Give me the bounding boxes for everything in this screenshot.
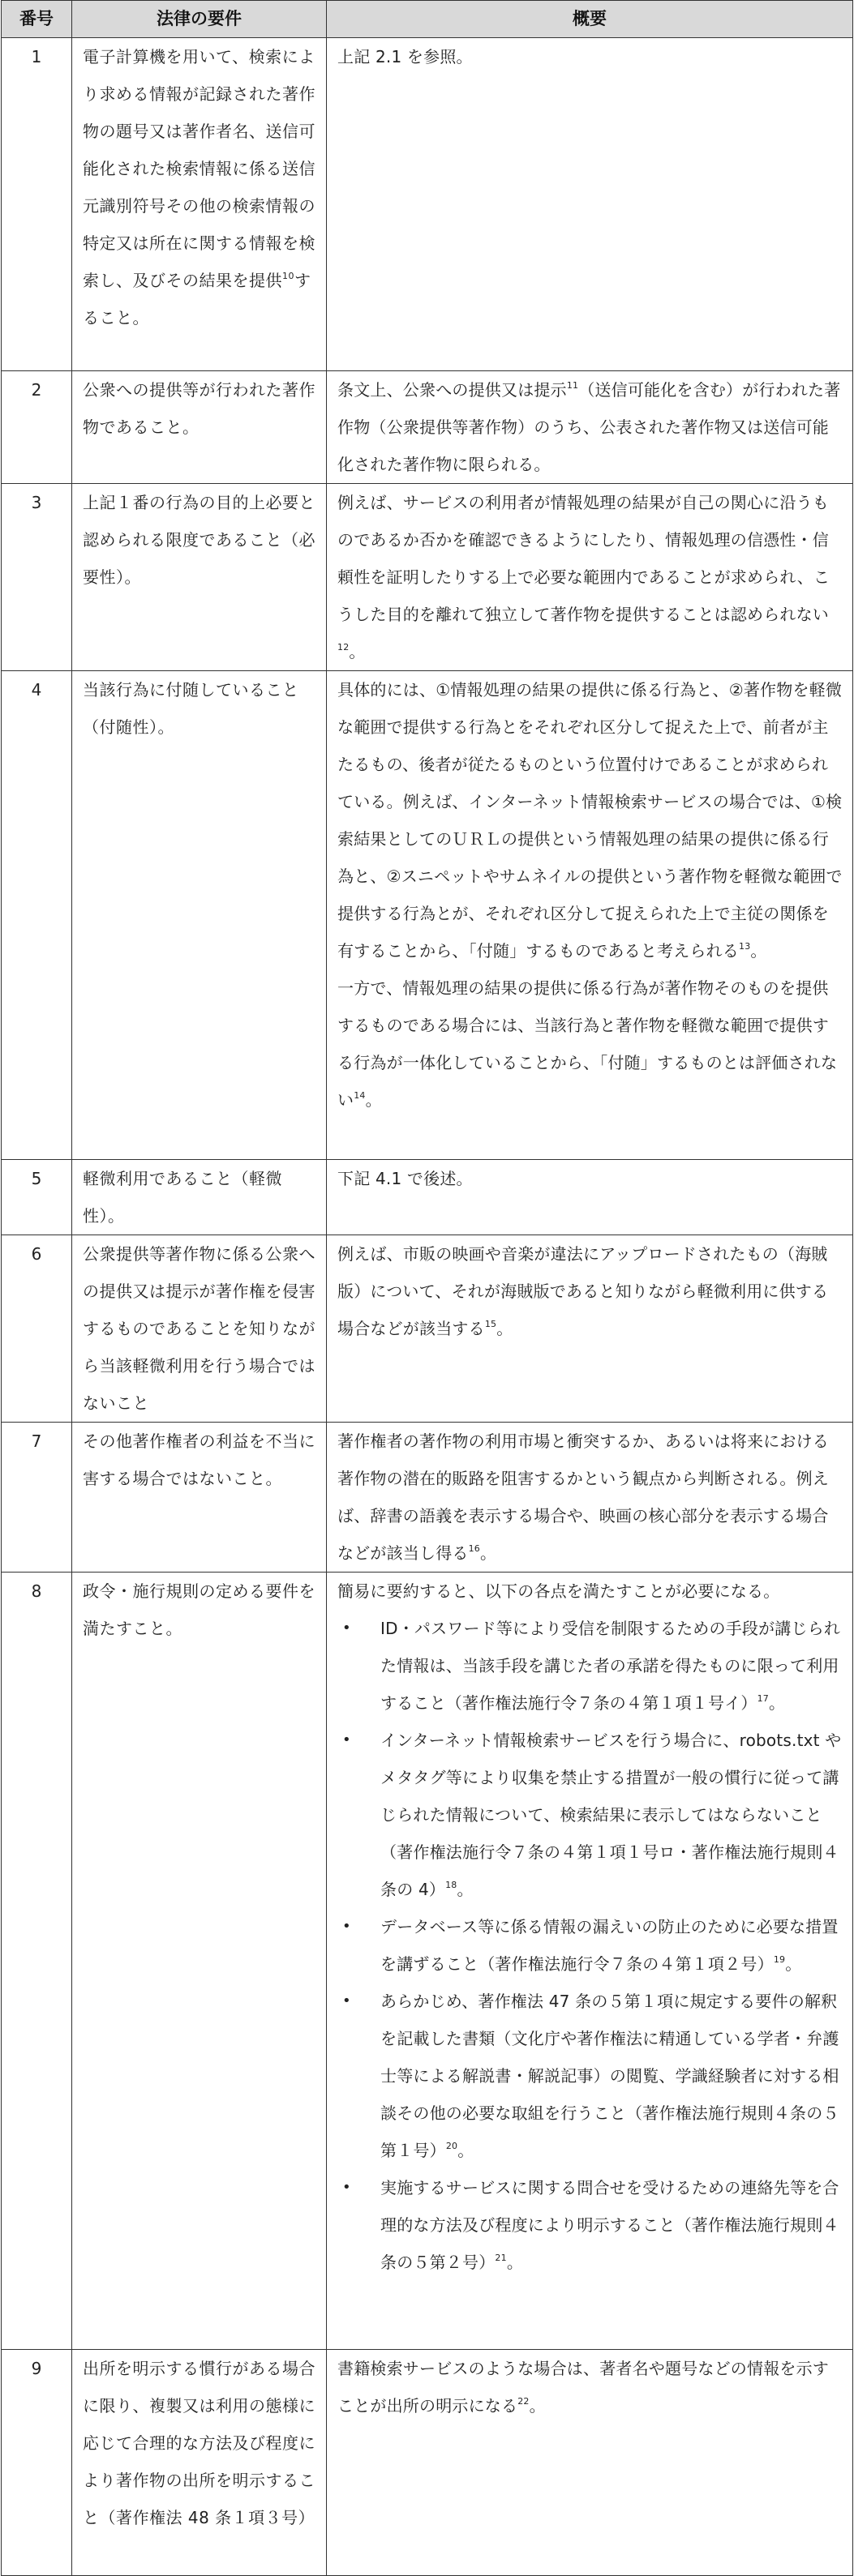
- row-number: 9: [2, 2350, 72, 2576]
- table-row: 6 公衆提供等著作物に係る公衆への提供又は提示が著作権を侵害するものであることを…: [2, 1235, 853, 1423]
- row-number: 1: [2, 38, 72, 371]
- row-number: 8: [2, 1573, 72, 2350]
- table-header: 番号 法律の要件 概要: [2, 1, 853, 38]
- table-row: 8 政令・施行規則の定める要件を満たすこと。 簡易に要約すると、以下の各点を満た…: [2, 1573, 853, 2350]
- requirements-table: 番号 法律の要件 概要 1 電子計算機を用いて、検索により求める情報が記録された…: [1, 0, 853, 2576]
- list-item: •インターネット情報検索サービスを行う場合に、robots.txt やメタタグ等…: [337, 1722, 844, 1908]
- footnote-ref[interactable]: 13: [739, 941, 750, 952]
- row-number: 3: [2, 484, 72, 671]
- footnote-ref[interactable]: 14: [354, 1090, 365, 1101]
- row-number: 6: [2, 1235, 72, 1423]
- row-requirement: 軽微利用であること（軽微性）。: [72, 1160, 327, 1235]
- row-number: 7: [2, 1423, 72, 1573]
- bullet-icon: •: [342, 1722, 351, 1759]
- table-row: 3 上記１番の行為の目的上必要と認められる限度であること（必要性）。 例えば、サ…: [2, 484, 853, 671]
- list-item: •あらかじめ、著作権法 47 条の５第１項に規定する要件の解釈を記載した書類（文…: [337, 1983, 844, 2169]
- row-summary: 条文上、公衆への提供又は提示11（送信可能化を含む）が行われた著作物（公衆提供等…: [327, 371, 853, 484]
- footnote-ref[interactable]: 21: [495, 2253, 506, 2263]
- row-summary: 下記 4.1 で後述。: [327, 1160, 853, 1235]
- footnote-ref[interactable]: 15: [485, 1319, 496, 1329]
- bullet-icon: •: [342, 2169, 351, 2206]
- footnote-ref[interactable]: 22: [517, 2396, 529, 2407]
- row-requirement: 政令・施行規則の定める要件を満たすこと。: [72, 1573, 327, 2350]
- row-summary: 簡易に要約すると、以下の各点を満たすことが必要になる。 •ID・パスワード等によ…: [327, 1573, 853, 2350]
- row-requirement: 上記１番の行為の目的上必要と認められる限度であること（必要性）。: [72, 484, 327, 671]
- list-item: •データベース等に係る情報の漏えいの防止のために必要な措置を講ずること（著作権法…: [337, 1908, 844, 1983]
- footnote-ref[interactable]: 19: [774, 1954, 785, 1965]
- row-summary: 例えば、サービスの利用者が情報処理の結果が自己の関心に沿うものであるか否かを確認…: [327, 484, 853, 671]
- list-item: •実施するサービスに関する問合せを受けるための連絡先等を合理的な方法及び程度によ…: [337, 2169, 844, 2281]
- row-number: 5: [2, 1160, 72, 1235]
- footnote-ref[interactable]: 11: [567, 380, 578, 391]
- table-row: 5 軽微利用であること（軽微性）。 下記 4.1 で後述。: [2, 1160, 853, 1235]
- row-number: 4: [2, 671, 72, 1160]
- row-summary: 例えば、市販の映画や音楽が違法にアップロードされたもの（海賊版）について、それが…: [327, 1235, 853, 1423]
- footnote-ref[interactable]: 16: [469, 1543, 480, 1554]
- bullet-icon: •: [342, 1983, 351, 2020]
- row-summary: 具体的には、①情報処理の結果の提供に係る行為と、②著作物を軽微な範囲で提供する行…: [327, 671, 853, 1160]
- requirement-bullet-list: •ID・パスワード等により受信を制限するための手段が講じられた情報は、当該手段を…: [337, 1610, 844, 2281]
- bullet-icon: •: [342, 1908, 351, 1945]
- table-row: 4 当該行為に付随していること（付随性）。 具体的には、①情報処理の結果の提供に…: [2, 671, 853, 1160]
- footnote-ref[interactable]: 20: [446, 2141, 457, 2151]
- footnote-ref[interactable]: 12: [337, 642, 349, 653]
- table-row: 1 電子計算機を用いて、検索により求める情報が記録された著作物の題号又は著作者名…: [2, 38, 853, 371]
- table-row: 2 公衆への提供等が行われた著作物であること。 条文上、公衆への提供又は提示11…: [2, 371, 853, 484]
- row-requirement: その他著作権者の利益を不当に害する場合ではないこと。: [72, 1423, 327, 1573]
- summary-paragraph: 一方で、情報処理の結果の提供に係る行為が著作物そのものを提供するものである場合に…: [337, 969, 844, 1119]
- header-summary: 概要: [327, 1, 853, 38]
- summary-paragraph: 具体的には、①情報処理の結果の提供に係る行為と、②著作物を軽微な範囲で提供する行…: [337, 671, 844, 969]
- row-summary: 著作権者の著作物の利用市場と衝突するか、あるいは将来における著作物の潜在的販路を…: [327, 1423, 853, 1573]
- row-summary: 上記 2.1 を参照。: [327, 38, 853, 371]
- table-row: 7 その他著作権者の利益を不当に害する場合ではないこと。 著作権者の著作物の利用…: [2, 1423, 853, 1573]
- bullet-icon: •: [342, 1610, 351, 1647]
- row-requirement: 出所を明示する慣行がある場合に限り、複製又は利用の態様に応じて合理的な方法及び程…: [72, 2350, 327, 2576]
- row-requirement: 当該行為に付随していること（付随性）。: [72, 671, 327, 1160]
- header-number: 番号: [2, 1, 72, 38]
- footnote-ref[interactable]: 18: [445, 1880, 457, 1890]
- list-item: •ID・パスワード等により受信を制限するための手段が講じられた情報は、当該手段を…: [337, 1610, 844, 1722]
- header-requirement: 法律の要件: [72, 1, 327, 38]
- row-requirement: 電子計算機を用いて、検索により求める情報が記録された著作物の題号又は著作者名、送…: [72, 38, 327, 371]
- summary-intro: 簡易に要約すると、以下の各点を満たすことが必要になる。: [337, 1573, 844, 1610]
- row-number: 2: [2, 371, 72, 484]
- footnote-ref[interactable]: 10: [282, 271, 294, 281]
- row-summary: 書籍検索サービスのような場合は、著者名や題号などの情報を示すことが出所の明示にな…: [327, 2350, 853, 2576]
- table-row: 9 出所を明示する慣行がある場合に限り、複製又は利用の態様に応じて合理的な方法及…: [2, 2350, 853, 2576]
- footnote-ref[interactable]: 17: [757, 1693, 769, 1704]
- row-requirement: 公衆提供等著作物に係る公衆への提供又は提示が著作権を侵害するものであることを知り…: [72, 1235, 327, 1423]
- row-requirement: 公衆への提供等が行われた著作物であること。: [72, 371, 327, 484]
